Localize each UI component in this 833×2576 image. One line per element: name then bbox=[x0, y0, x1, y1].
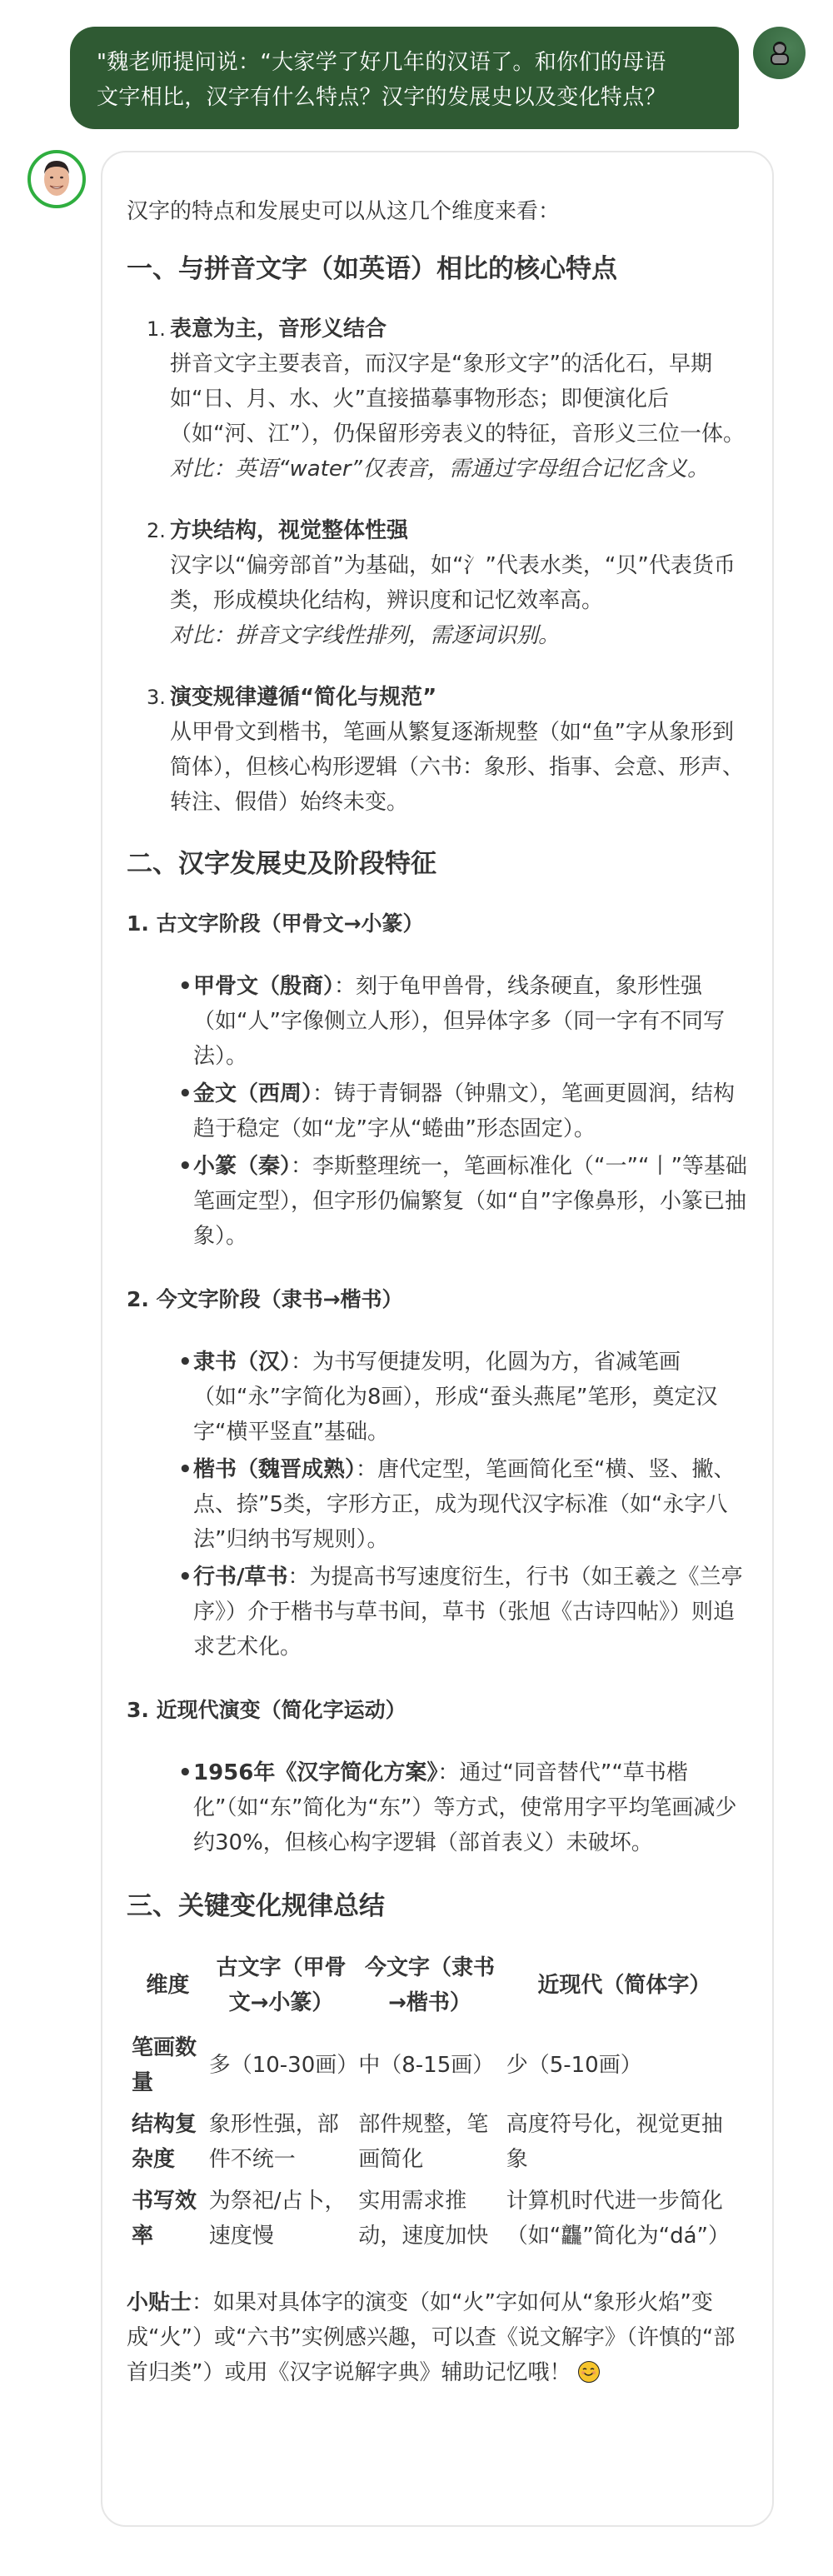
bullet-icon: • bbox=[178, 1560, 192, 1595]
item-number: 2. bbox=[147, 513, 166, 548]
teacher-face-avatar-icon bbox=[38, 157, 75, 201]
list-item: •行书/草书：为提高书写速度衍生，行书（如王羲之《兰亭序》）介于楷书与草书间，草… bbox=[193, 1560, 747, 1665]
bullet-sep: ： bbox=[291, 1154, 312, 1179]
user-avatar bbox=[753, 27, 806, 79]
bullet-sep: ： bbox=[312, 1081, 334, 1106]
feature-item: 2. 方块结构，视觉整体性强 汉字以“偏旁部首”为基础，如“氵”代表水类，“贝”… bbox=[170, 513, 747, 653]
table-cell: 象形性强，部件不统一 bbox=[209, 2107, 359, 2184]
bullet-icon: • bbox=[178, 969, 192, 1004]
bullet-sep: ： bbox=[334, 974, 356, 999]
bullet-icon: • bbox=[178, 1452, 192, 1487]
table-cell: 中（8-15画） bbox=[358, 2030, 506, 2107]
tip-paragraph: 小贴士：如果对具体字的演变（如“火”字如何从“象形火焰”变成“火”）或“六书”实… bbox=[127, 2285, 747, 2390]
item-number: 1. bbox=[147, 312, 166, 347]
table-header-cell: 近现代（简体字） bbox=[506, 1950, 747, 2030]
stage-1-title: 1. 古文字阶段（甲骨文→小篆） bbox=[127, 906, 747, 941]
bullet-term: 隶书（汉） bbox=[193, 1350, 291, 1375]
bullet-term: 1956年《汉字简化方案》 bbox=[193, 1760, 437, 1785]
table-cell: 少（5-10画） bbox=[506, 2030, 747, 2107]
assistant-message-card: 汉字的特点和发展史可以从这几个维度来看： 一、与拼音文字（如英语）相比的核心特点… bbox=[101, 151, 774, 2527]
feature-title: 演变规律遵循“简化与规范” bbox=[170, 680, 747, 715]
smiling-face-emoji-icon bbox=[578, 2361, 600, 2383]
feature-title: 表意为主，音形义结合 bbox=[170, 312, 747, 347]
feature-compare: 对比：英语“water”仅表音，需通过字母组合记忆含义。 bbox=[170, 452, 747, 487]
table-header-cell: 维度 bbox=[132, 1950, 209, 2030]
stage-3-list: •1956年《汉字简化方案》：通过“同音替代”“草书楷化”（如“东”简化为“东”… bbox=[127, 1755, 747, 1860]
bullet-term: 小篆（秦） bbox=[193, 1154, 291, 1179]
bullet-sep: ： bbox=[288, 1565, 310, 1590]
table-header-cell: 古文字（甲骨文→小篆） bbox=[209, 1950, 359, 2030]
table-row: 书写效率 为祭祀/占卜，速度慢 实用需求推动，速度加快 计算机时代进一步简化（如… bbox=[132, 2184, 747, 2260]
list-item: •小篆（秦）：李斯整理统一，笔画标准化（“一”“丨”等基础笔画定型），但字形仍偏… bbox=[193, 1149, 747, 1254]
feature-body: 拼音文字主要表音，而汉字是“象形文字”的活化石，早期如“日、月、水、火”直接描摹… bbox=[170, 347, 747, 452]
table-cell: 笔画数量 bbox=[132, 2030, 209, 2107]
bullet-term: 甲骨文（殷商） bbox=[193, 974, 334, 999]
user-message-bubble: "魏老师提问说：“大家学了好几年的汉语了。和你们的母语 文字相比，汉字有什么特点… bbox=[70, 27, 739, 129]
table-header-row: 维度 古文字（甲骨文→小篆） 今文字（隶书→楷书） 近现代（简体字） bbox=[132, 1950, 747, 2030]
list-item: •甲骨文（殷商）：刻于龟甲兽骨，线条硬直，象形性强（如“人”字像侧立人形），但异… bbox=[193, 969, 747, 1074]
bullet-icon: • bbox=[178, 1755, 192, 1790]
feature-item: 1. 表意为主，音形义结合 拼音文字主要表音，而汉字是“象形文字”的活化石，早期… bbox=[170, 312, 747, 487]
feature-item: 3. 演变规律遵循“简化与规范” 从甲骨文到楷书，笔画从繁复逐渐规整（如“鱼”字… bbox=[170, 680, 747, 820]
tip-label: 小贴士 bbox=[127, 2290, 192, 2315]
bullet-term: 楷书（魏晋成熟） bbox=[193, 1457, 356, 1482]
table-cell: 实用需求推动，速度加快 bbox=[358, 2184, 506, 2260]
item-number: 3. bbox=[147, 680, 166, 715]
table-row: 结构复杂度 象形性强，部件不统一 部件规整，笔画简化 高度符号化，视觉更抽象 bbox=[132, 2107, 747, 2184]
table-cell: 部件规整，笔画简化 bbox=[358, 2107, 506, 2184]
bullet-sep: ： bbox=[291, 1350, 312, 1375]
list-item: •1956年《汉字简化方案》：通过“同音替代”“草书楷化”（如“东”简化为“东”… bbox=[193, 1755, 747, 1860]
table-cell: 书写效率 bbox=[132, 2184, 209, 2260]
section-2-title: 二、汉字发展史及阶段特征 bbox=[127, 846, 747, 881]
table-cell: 结构复杂度 bbox=[132, 2107, 209, 2184]
stage-2-list: •隶书（汉）：为书写便捷发明，化圆为方，省减笔画（如“永”字简化为8画），形成“… bbox=[127, 1345, 747, 1665]
list-item: •隶书（汉）：为书写便捷发明，化圆为方，省减笔画（如“永”字简化为8画），形成“… bbox=[193, 1345, 747, 1450]
summary-table: 维度 古文字（甲骨文→小篆） 今文字（隶书→楷书） 近现代（简体字） 笔画数量 … bbox=[132, 1950, 747, 2260]
table-row: 笔画数量 多（10-30画） 中（8-15画） 少（5-10画） bbox=[132, 2030, 747, 2107]
feature-body: 汉字以“偏旁部首”为基础，如“氵”代表水类，“贝”代表货币类，形成模块化结构，辨… bbox=[170, 548, 747, 618]
tip-text: ：如果对具体字的演变（如“火”字如何从“象形火焰”变成“火”）或“六书”实例感兴… bbox=[127, 2290, 735, 2385]
section-3-title: 三、关键变化规律总结 bbox=[127, 1889, 747, 1924]
bullet-icon: • bbox=[178, 1345, 192, 1380]
intro-text: 汉字的特点和发展史可以从这几个维度来看： bbox=[127, 194, 747, 229]
bullet-term: 行书/草书 bbox=[193, 1565, 288, 1590]
table-cell: 多（10-30画） bbox=[209, 2030, 359, 2107]
stage-3-title: 3. 近现代演变（简化字运动） bbox=[127, 1693, 747, 1728]
table-header-cell: 今文字（隶书→楷书） bbox=[358, 1950, 506, 2030]
stage-2-title: 2. 今文字阶段（隶书→楷书） bbox=[127, 1282, 747, 1317]
bullet-sep: ： bbox=[356, 1457, 377, 1482]
table-cell: 计算机时代进一步简化（如“龘”简化为“dá”） bbox=[506, 2184, 747, 2260]
list-item: •金文（西周）：铸于青铜器（钟鼎文），笔画更圆润，结构趋于稳定（如“龙”字从“蜷… bbox=[193, 1076, 747, 1146]
bullet-sep: ： bbox=[437, 1760, 459, 1785]
stage-1-list: •甲骨文（殷商）：刻于龟甲兽骨，线条硬直，象形性强（如“人”字像侧立人形），但异… bbox=[127, 969, 747, 1254]
user-message-line-1: "魏老师提问说：“大家学了好几年的汉语了。和你们的母语 bbox=[97, 45, 739, 80]
feature-compare: 对比：拼音文字线性排列，需逐词识别。 bbox=[170, 618, 747, 653]
person-icon bbox=[769, 41, 791, 66]
table-cell: 为祭祀/占卜，速度慢 bbox=[209, 2184, 359, 2260]
section-1-title: 一、与拼音文字（如英语）相比的核心特点 bbox=[127, 252, 747, 287]
user-message-line-2: 文字相比，汉字有什么特点？汉字的发展史以及变化特点？ bbox=[97, 80, 739, 115]
bullet-icon: • bbox=[178, 1076, 192, 1111]
bullet-term: 金文（西周） bbox=[193, 1081, 312, 1106]
assistant-avatar bbox=[27, 150, 86, 208]
feature-body: 从甲骨文到楷书，笔画从繁复逐渐规整（如“鱼”字从象形到简体），但核心构形逻辑（六… bbox=[170, 715, 747, 820]
feature-list: 1. 表意为主，音形义结合 拼音文字主要表音，而汉字是“象形文字”的活化石，早期… bbox=[127, 312, 747, 820]
bullet-icon: • bbox=[178, 1149, 192, 1184]
list-item: •楷书（魏晋成熟）：唐代定型，笔画简化至“横、竖、撇、点、捺”5类，字形方正，成… bbox=[193, 1452, 747, 1557]
feature-title: 方块结构，视觉整体性强 bbox=[170, 513, 747, 548]
table-cell: 高度符号化，视觉更抽象 bbox=[506, 2107, 747, 2184]
